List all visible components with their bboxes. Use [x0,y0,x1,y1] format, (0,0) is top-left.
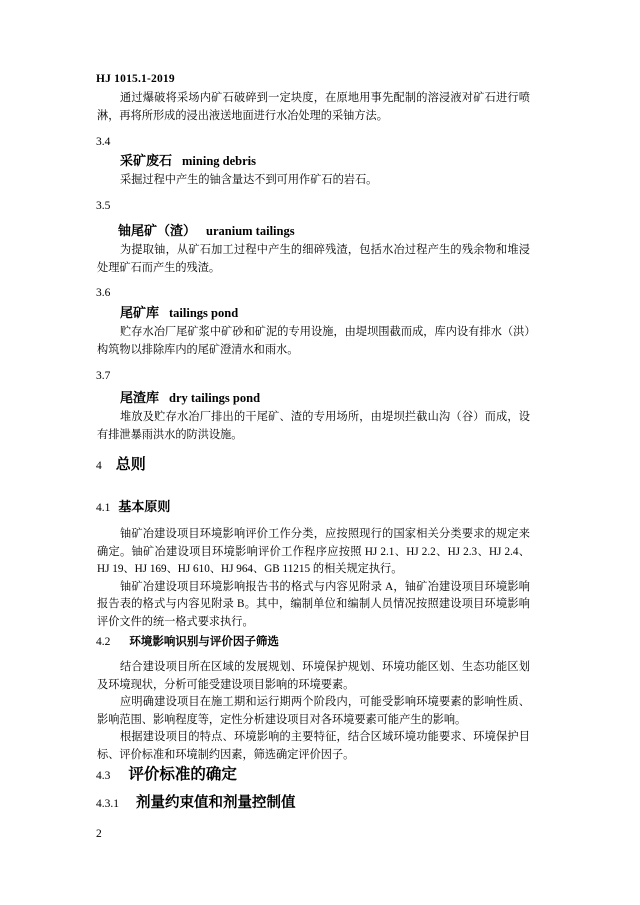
document-page: HJ 1015.1-2019 通过爆破将采场内矿石破碎到一定块度，在原地用事先配… [0,0,640,905]
section-title: 评价标准的确定 [128,766,237,783]
subsection-number: 4.3.1 [96,798,119,810]
section-title: 基本原则 [118,499,170,514]
term-definition: 采掘过程中产生的铀含量达不到可用作矿石的岩石。 [97,172,530,190]
clause-number: 3.5 [96,198,110,214]
section-number: 4.2 [96,636,110,648]
paragraph: 根据建设项目的特点、环境影响的主要特征，结合区域环境功能要求、环境保护目标、评价… [97,729,530,764]
section-number: 4.3 [96,770,110,782]
page-number: 2 [96,828,102,840]
term-zh: 铀尾矿（渣） [118,223,196,238]
page-header: HJ 1015.1-2019 [96,73,175,85]
term-zh: 采矿废石 [120,153,172,168]
paragraph: 应明确建设项目在施工期和运行期两个阶段内，可能受影响环境要素的影响性质、影响范围… [97,694,530,729]
paragraph: 铀矿冶建设项目环境影响评价工作分类，应按照现行的国家相关分类要求的规定来确定。铀… [97,526,530,579]
chapter-title: 总则 [116,456,146,473]
term-zh: 尾矿库 [120,305,159,320]
term-definition: 堆放及贮存水冶厂排出的干尾矿、渣的专用场所，由堤坝拦截山沟（谷）而成，设有排泄暴… [97,409,530,444]
intro-paragraph: 通过爆破将采场内矿石破碎到一定块度，在原地用事先配制的溶浸液对矿石进行喷淋，再将… [97,90,530,125]
section-body: 铀矿冶建设项目环境影响评价工作分类，应按照现行的国家相关分类要求的规定来确定。铀… [97,526,530,632]
term-en: dry tailings pond [169,391,260,405]
chapter-number: 4 [96,460,102,472]
section-heading: 4.1基本原则 [96,497,170,518]
term-heading: 铀尾矿（渣）uranium tailings [118,222,295,240]
paragraph: 结合建设项目所在区域的发展规划、环境保护规划、环境功能区划、生态功能区划及环境现… [97,659,530,694]
clause-number: 3.7 [96,368,110,384]
clause-number: 3.4 [96,134,110,150]
section-heading: 4.3评价标准的确定 [96,765,237,786]
section-heading: 4.2环境影响识别与评价因子筛选 [96,631,279,652]
section-number: 4.1 [96,502,110,514]
section-title: 环境影响识别与评价因子筛选 [129,636,279,648]
clause-number: 3.6 [96,285,110,301]
paragraph: 铀矿冶建设项目环境影响报告书的格式与内容见附录 A，铀矿冶建设项目环境影响报告表… [97,579,530,632]
chapter-heading: 4总则 [96,455,146,476]
term-heading: 尾矿库tailings pond [120,304,238,322]
section-body: 结合建设项目所在区域的发展规划、环境保护规划、环境功能区划、生态功能区划及环境现… [97,659,530,765]
term-definition: 为提取铀，从矿石加工过程中产生的细碎残渣，包括水冶过程产生的残余物和堆浸处理矿石… [97,242,530,277]
term-definition: 贮存水冶厂尾矿浆中矿砂和矿泥的专用设施，由堤坝围截而成，库内设有排水（洪）构筑物… [97,324,530,359]
term-en: tailings pond [169,306,238,320]
subsection-title: 剂量约束值和剂量控制值 [136,795,296,811]
term-en: mining debris [182,154,256,168]
term-zh: 尾渣库 [120,390,159,405]
subsection-heading: 4.3.1剂量约束值和剂量控制值 [96,793,296,814]
term-en: uranium tailings [206,224,295,238]
term-heading: 尾渣库dry tailings pond [120,389,260,407]
term-heading: 采矿废石mining debris [120,152,256,170]
